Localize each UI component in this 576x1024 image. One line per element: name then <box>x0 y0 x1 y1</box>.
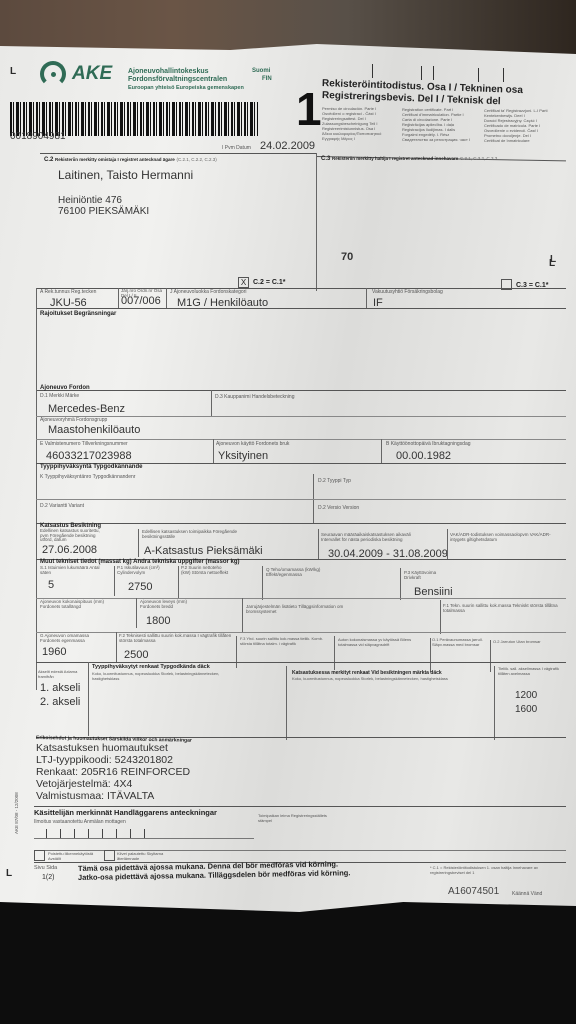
first-reg-label: B Käyttöönottopäivä Ibruktagningsdag <box>386 441 471 447</box>
owner-street: Heiniöntie 476 <box>58 195 122 206</box>
owner-postal: 76100 PIEKSÄMÄKI <box>58 206 149 217</box>
remark-line: LTJ-tyyppikoodi: 5243201802 <box>36 754 190 766</box>
date-value: 24.02.2009 <box>260 140 315 152</box>
page-value: 1(2) <box>42 874 54 881</box>
c3-section-title: C.3 Rekisteriin merkitty haltija I regis… <box>321 156 497 162</box>
part-number: 1 <box>296 82 322 136</box>
displacement-label: P.1 Iskutilavuus (cm³) Cylindervolym <box>117 566 165 575</box>
remark-line: Renkaat: 205R16 REINFORCED <box>36 766 190 778</box>
title-translations-col2: Registration certificate. Part I Certifi… <box>402 107 470 142</box>
barcode-number: 0018904981 <box>10 131 66 142</box>
axle-mass-label: Tieliik. sall. akselimassa I vägtrafik t… <box>498 667 564 676</box>
approved-tyres-sublabel: Koko, kuormitustunnus, nopeusluokka Stor… <box>92 672 242 681</box>
type-label: D.2 Tyyppi Typ <box>318 478 351 484</box>
vak-adr-label: VAK/ADR-todistuksen voimassaolopvm VAK/A… <box>450 533 565 542</box>
code-l: L <box>550 254 556 265</box>
c2-section-title: C.2 Rekisteriin merkitty omistaja I regi… <box>44 157 217 163</box>
ake-gauge-dot-icon <box>51 72 56 77</box>
fold-mark <box>421 66 422 80</box>
fold-mark <box>372 64 373 78</box>
agency-eu: Euroopan yhteisö Europeiska gemenskapen <box>128 85 244 91</box>
corner-mark: L <box>6 868 12 879</box>
vehicle-group-label: Ajoneuvoryhmä Fordonsgrupp <box>40 417 107 423</box>
type-approval-section-title: Tyyppihyväksyntä Typgodkännande <box>40 464 142 470</box>
title-translations-col1: Permiso de circulación. Parte I Osvědčen… <box>322 106 381 141</box>
insurer-value: IF <box>373 297 383 309</box>
order-number-value: 007/006 <box>121 295 161 307</box>
axles-label: Akselit edestä Axlarna framifrån <box>38 670 88 679</box>
c2-equals-c1-label: C.2 = C.1* <box>253 279 286 286</box>
length-label: Ajoneuvon kokonaispituus (mm) Fordonets … <box>40 600 120 609</box>
seats-value: 5 <box>48 579 54 591</box>
restrictions-label: Rajoitukset Begränsningar <box>40 311 116 317</box>
remarks-list: Katsastuksen huomautukset LTJ-tyyppikood… <box>36 742 190 802</box>
remark-line: Katsastuksen huomautukset <box>36 742 190 754</box>
agency-name-fi: Ajoneuvohallintokeskus <box>128 68 209 75</box>
agency-country: Suomi <box>252 68 270 74</box>
corner-mark: L <box>10 66 16 77</box>
make-label: D.1 Merkki Märke <box>40 393 79 399</box>
remark-line: Valmistusmaa: ITÄVALTA <box>36 790 190 802</box>
type-approval-number-label: K Tyyppihyväksyntänro Typgodkännandenr <box>40 474 135 480</box>
power-label: P.2 Suurin nettoteho (kW) Största nettoe… <box>181 566 231 575</box>
axle-2-label: 2. akseli <box>40 696 80 708</box>
vin-label: E Valmistenumero Tillverkningsnummer <box>40 441 128 447</box>
fold-mark <box>503 68 504 82</box>
f2-label: F.2 Teknisesti sallittu suurin kok.massa… <box>119 634 239 643</box>
serial-number: A16074501 <box>448 886 499 897</box>
variant-label: D.2 Variantti Variant <box>40 503 84 509</box>
brand-logo: AKE <box>72 63 112 85</box>
vin-value: 46033217023988 <box>46 450 132 462</box>
plates-returned-checkbox[interactable] <box>104 850 115 861</box>
next-inspection-label: Seuraavan määräaikaiskatsastuksen aikavä… <box>321 533 431 542</box>
fuel-value: Bensiini <box>414 586 453 598</box>
own-mass-value: 1960 <box>42 646 66 658</box>
width-label: Ajoneuvon leveys (mm) Fordonets bredd <box>140 600 200 609</box>
total-mass-use-label: Auton kokonaismassa yv käytössä Bilens t… <box>338 638 422 647</box>
o1-label: O.1 Perävaunumassa jarrull. Släpv.massa … <box>432 638 488 647</box>
reg-number-label: A Rek.tunnus Reg.tecken <box>40 289 96 295</box>
approved-tyres-section-title: Tyyppihyväksytyt renkaat Typgodkända däc… <box>92 664 210 670</box>
agency-country-code: FIN <box>262 76 272 82</box>
axle-2-mass: 1600 <box>515 704 537 715</box>
inspection-station-label: Edellisen katsastuksen toimipaikka Föreg… <box>142 530 262 539</box>
fuel-label: P.3 Käyttövoima Drivkraft <box>404 571 444 580</box>
stamp-label: Toimipaikan leima Registreringsställets … <box>258 814 338 823</box>
last-inspection-label: Edellinen katsastus suoritettu, pvm Före… <box>40 529 108 543</box>
brake-info-label: Jarrujärjestelmän lisätieto Tilläggsinfo… <box>246 605 356 614</box>
c2-equals-c1-checkbox[interactable]: X <box>238 277 249 288</box>
remark-line: Vetojärjestelmä: 4X4 <box>36 778 190 790</box>
own-mass-label: G Ajoneuvon omamassa Fordonets egenmassa <box>40 634 110 643</box>
o2-label: O.2 Jarruton Utan bromsar <box>493 640 553 645</box>
vehicle-class-label: J Ajoneuvoluokka Fordonskategori <box>170 289 246 295</box>
form-code: AKE 87/08 - 12/2008 <box>14 792 20 834</box>
marked-tyres-sublabel: Koko, kuormitustunnus, nopeusluokka Stor… <box>292 677 452 682</box>
fold-mark <box>433 66 434 80</box>
received-label: Ilmoitus vastaanotettu Anmälan mottagen <box>34 819 126 825</box>
title-translations-col3: Certifikat ta' Registrazzjoni. L-I Parti… <box>484 108 547 143</box>
displacement-value: 2750 <box>128 581 152 593</box>
vehicle-group-value: Maastohenkilöauto <box>48 424 140 436</box>
deregistered-checkbox[interactable] <box>34 850 45 861</box>
page-label: Sivu Sida <box>34 865 57 871</box>
inspection-station-value: A-Katsastus Pieksämäki <box>144 545 263 557</box>
owner-name: Laitinen, Taisto Hermanni <box>58 168 193 182</box>
vehicle-class-value: M1G / Henkilöauto <box>177 297 268 309</box>
turn-label: Käännä Vänd <box>512 891 542 897</box>
reg-number-value: JKU-56 <box>50 297 87 309</box>
seats-label: S.1 Istuimien lukumäärä Antal säten <box>40 566 110 575</box>
trade-name-label: D.3 Kauppanimi Handelsbeteckning <box>215 394 295 400</box>
code-70: 70 <box>341 251 353 263</box>
fold-mark <box>478 68 479 82</box>
insurer-label: Vakuutusyhtiö Försäkringsbolag <box>372 289 443 295</box>
deregistered-label: Poistettu liikennekäytöstä Avställt <box>48 852 104 861</box>
registration-certificate: L L L AKE Ajoneuvohallintokeskus Fordons… <box>0 44 576 916</box>
f2-value: 2500 <box>124 649 148 661</box>
handler-section-title: Käsittelijän merkinnät Handläggarens ant… <box>34 808 217 817</box>
vehicle-use-label: Ajoneuvon käyttö Fordonets bruk <box>216 441 289 447</box>
power-mass-ratio-label: Q Teho/omamassa (kW/kg) Effekt/egenmassa <box>266 568 336 577</box>
vehicle-use-value: Yksityinen <box>218 450 268 462</box>
f1-label: F.1 Tekn. suurin sallittu kok.massa Tekn… <box>443 604 567 613</box>
make-value: Mercedes-Benz <box>48 403 125 415</box>
axle-1-mass: 1200 <box>515 690 537 701</box>
version-label: D.2 Versio Version <box>318 505 359 511</box>
agency-name-sv: Fordonsförvaltningscentralen <box>128 76 227 83</box>
date-label: I Pvm Datum <box>222 145 251 151</box>
axle-1-label: 1. akseli <box>40 682 80 694</box>
plates-returned-label: Kilvet palautettu Skyltarna återlämnade <box>117 852 177 861</box>
width-value: 1800 <box>146 615 170 627</box>
last-inspection-value: 27.06.2008 <box>42 544 97 556</box>
first-reg-value: 00.00.1982 <box>396 450 451 462</box>
f3-label: F.3 Yhd. suurin sallittu kok.massa tieli… <box>240 637 326 646</box>
c1-footnote: * C.1 = Rekisteröintitodistuksen 1. osan… <box>430 866 560 875</box>
vehicle-section-title: Ajoneuvo Fordon <box>40 385 90 391</box>
